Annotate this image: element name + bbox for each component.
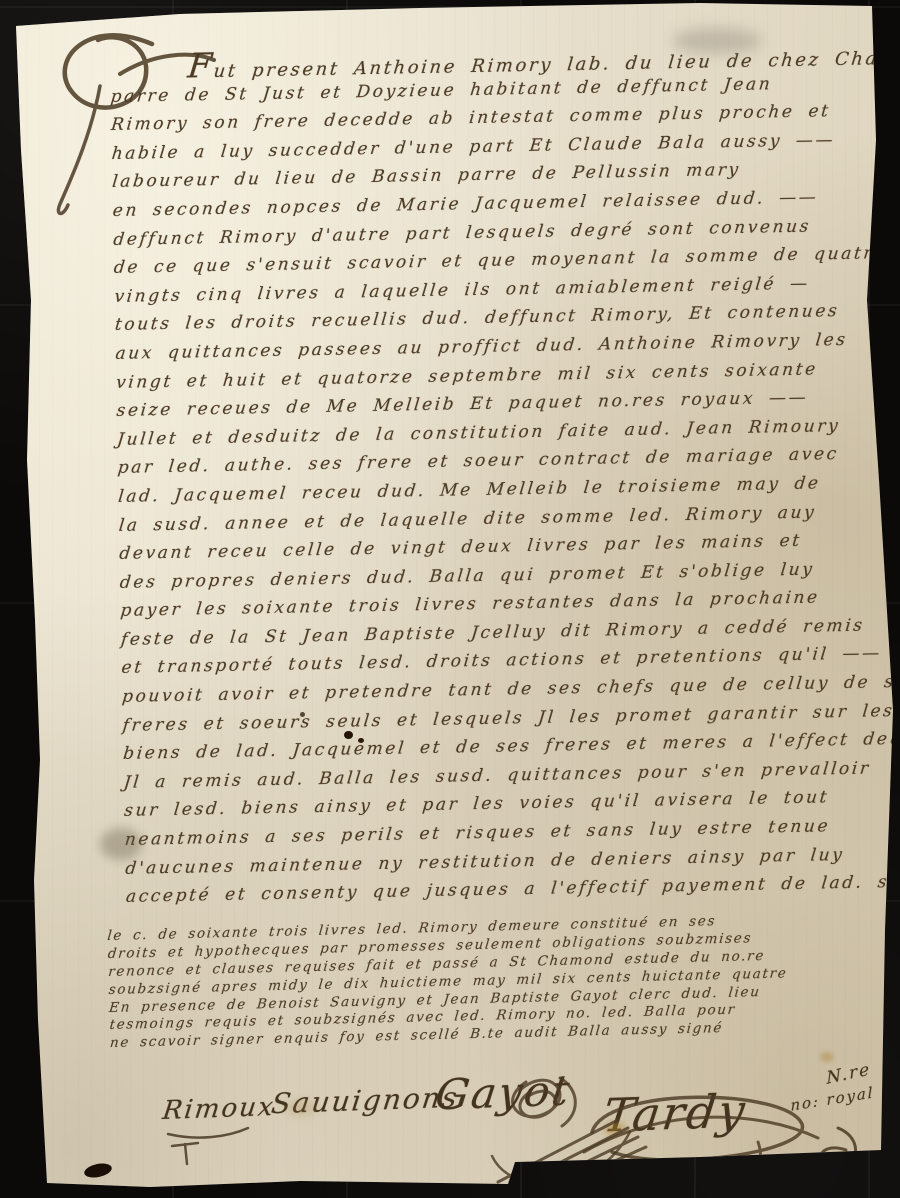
ink-speck [358,738,364,743]
ink-speck [344,731,353,739]
manuscript-body-text: Fut present Anthoine Rimory lab. du lieu… [108,39,886,911]
witness-mark [168,1128,248,1164]
manuscript-paper: Fut present Anthoine Rimory lab. du lieu… [0,0,900,1198]
manuscript-closing-text: le c. de soixante trois livres led. Rimo… [106,909,881,1053]
foxing-spot [604,1122,626,1136]
notary-title-text: no: royal [790,1083,874,1114]
foxing-spot [286,1100,316,1116]
paper-stain [672,28,762,54]
ink-speck [300,712,305,717]
ink-smudge [100,828,142,860]
notary-paraph [821,1128,856,1168]
signature-gayot: Gayot [433,1066,574,1120]
ink-blot [83,1161,113,1180]
signature-rimoux: Rimoux [161,1092,277,1126]
photo-scene: { "photo": { "background_color": "#0b0a0… [0,0,900,1198]
foxing-spot [820,1052,834,1062]
